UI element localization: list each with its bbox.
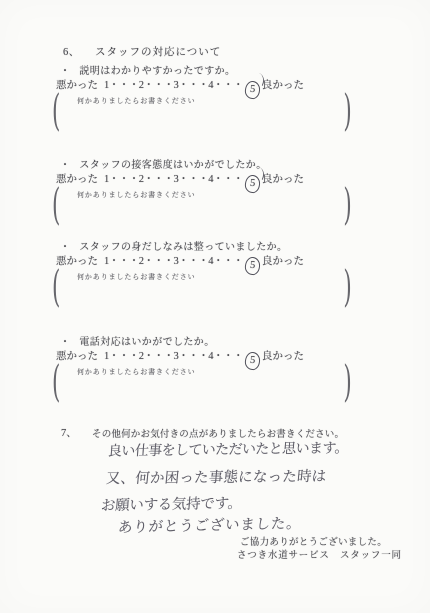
right-bracket: )	[344, 362, 352, 402]
question-text: スタッフの身だしなみは整っていましたか。	[79, 242, 287, 253]
comment-box-1: ( 何かありましたらお書きください )	[52, 93, 352, 131]
handwritten-comment-line: お願いする気持です。	[100, 492, 242, 515]
rating-scale-dots: 1・・・2・・・3・・・4・・・	[104, 174, 243, 185]
comment-box-4: ( 何かありましたらお書きください )	[52, 364, 352, 402]
rating-right-label: 良かった	[262, 80, 304, 91]
question-row-1: ・説明はわかりやすかったですか。	[60, 62, 235, 77]
right-bracket: )	[344, 91, 352, 131]
rating-scale-dots: 1・・・2・・・3・・・4・・・	[104, 256, 243, 267]
question-row-3: ・スタッフの身だしなみは整っていましたか。	[60, 238, 287, 253]
scanned-survey-sheet: 6、 スタッフの対応について ・説明はわかりやすかったですか。 悪かった1・・・…	[0, 0, 430, 613]
question-row-2: ・スタッフの接客態度はいかがでしたか。	[60, 156, 267, 171]
comment-hint: 何かありましたらお書きください	[77, 190, 196, 200]
rating-left-label: 悪かった	[56, 80, 98, 91]
section6-title: スタッフの対応について	[95, 44, 221, 59]
right-bracket: )	[344, 267, 352, 307]
footer-thanks: ご協力ありがとうございました。	[240, 534, 387, 548]
rating-right-label: 良かった	[262, 174, 304, 185]
left-bracket: (	[52, 91, 60, 131]
section6-number: 6、	[63, 44, 80, 59]
rating-left-label: 悪かった	[56, 174, 98, 185]
rating-right-label: 良かった	[262, 256, 304, 267]
comment-hint: 何かありましたらお書きください	[77, 367, 196, 377]
bullet-icon: ・	[60, 337, 70, 348]
right-bracket: )	[344, 185, 352, 225]
left-bracket: (	[52, 185, 60, 225]
bullet-icon: ・	[60, 66, 70, 77]
comment-box-2: ( 何かありましたらお書きください )	[52, 187, 352, 225]
handwritten-comment-line: 良い仕事をしていただいたと思います。	[107, 437, 349, 460]
question-text: 説明はわかりやすかったですか。	[79, 66, 235, 77]
rating-left-label: 悪かった	[56, 256, 98, 267]
question-text: 電話対応はいかがでしたか。	[79, 337, 214, 348]
bullet-icon: ・	[60, 160, 70, 171]
comment-hint: 何かありましたらお書きください	[77, 96, 196, 106]
left-bracket: (	[52, 267, 60, 307]
rating-scale-dots: 1・・・2・・・3・・・4・・・	[104, 351, 243, 362]
rating-scale-dots: 1・・・2・・・3・・・4・・・	[104, 80, 243, 91]
question-text: スタッフの接客態度はいかがでしたか。	[79, 160, 266, 171]
section7-number: 7、	[61, 425, 77, 440]
comment-box-3: ( 何かありましたらお書きください )	[52, 269, 352, 307]
rating-right-label: 良かった	[262, 351, 304, 362]
bullet-icon: ・	[60, 242, 70, 253]
question-row-4: ・電話対応はいかがでしたか。	[60, 333, 215, 348]
left-bracket: (	[52, 362, 60, 402]
footer-signature: さつき水道サービス スタッフ一同	[237, 547, 402, 561]
handwritten-comment-line: 又、何か困った事態になった時は	[105, 465, 327, 488]
rating-left-label: 悪かった	[56, 351, 98, 362]
comment-hint: 何かありましたらお書きください	[77, 272, 196, 282]
